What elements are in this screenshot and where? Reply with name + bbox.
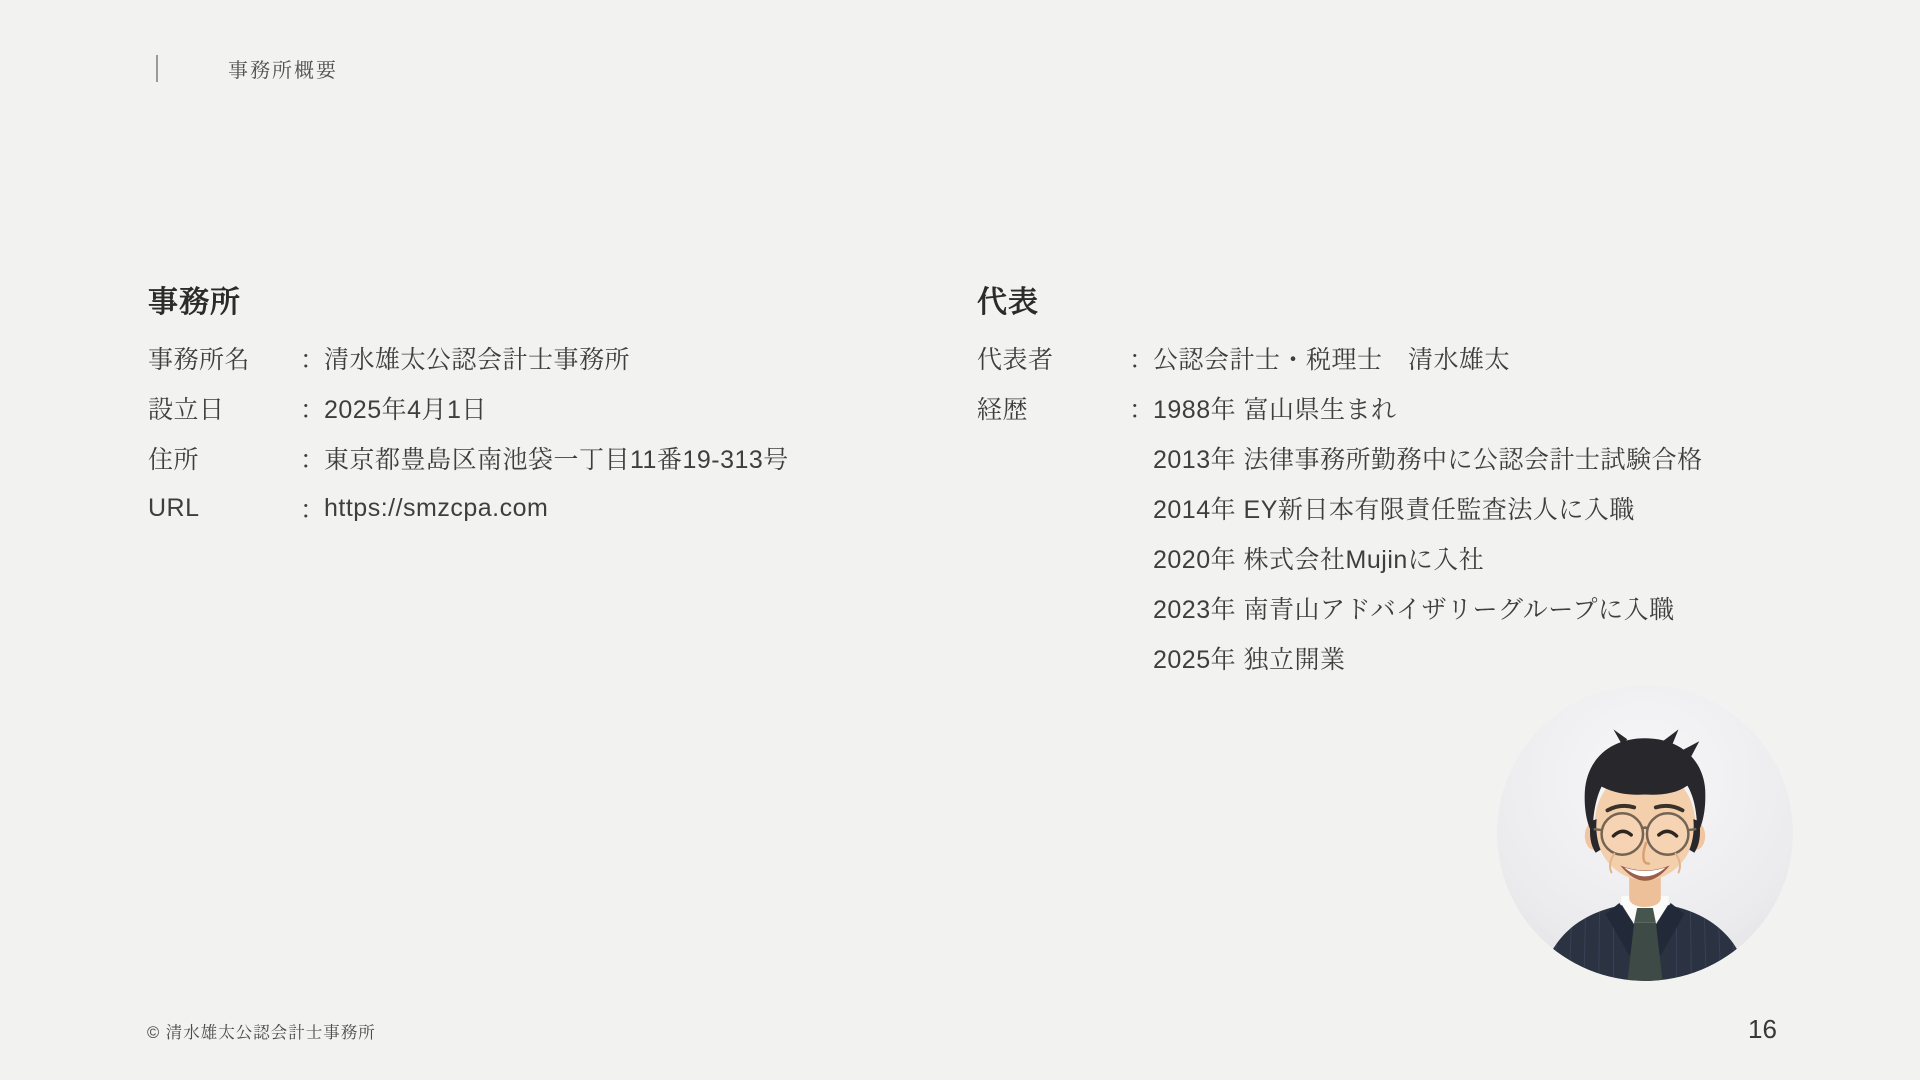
field-label: 経歴 (977, 390, 1129, 426)
page-header-title: 事務所概要 (228, 54, 338, 83)
portrait-illustration (1497, 685, 1793, 981)
career-row-1988: 経歴 ： 1988年 富山県生まれ (977, 383, 1817, 433)
field-separator: ： (1129, 340, 1153, 376)
career-row-2025: 2025年 独立開業 (977, 633, 1817, 683)
page-number: 16 (1748, 1014, 1777, 1045)
career-row-2014: 2014年 EY新日本有限責任監査法人に入職 (977, 483, 1817, 533)
field-separator: ： (1129, 390, 1153, 426)
office-row-founded: 設立日 ： 2025年4月1日 (148, 383, 908, 433)
field-separator: ： (300, 490, 324, 526)
representative-photo (1497, 685, 1793, 981)
field-label: 設立日 (148, 390, 300, 426)
office-heading: 事務所 (148, 286, 908, 320)
field-value: 2014年 EY新日本有限責任監査法人に入職 (1153, 490, 1817, 526)
field-label: URL (148, 494, 300, 523)
field-label: 事務所名 (148, 340, 300, 376)
representative-section: 代表 代表者 ： 公認会計士・税理士 清水雄太 経歴 ： 1988年 富山県生ま… (977, 286, 1817, 683)
representative-row-name: 代表者 ： 公認会計士・税理士 清水雄太 (977, 333, 1817, 383)
slide-office-overview: 事務所概要 事務所 事務所名 ： 清水雄太公認会計士事務所 設立日 ： 2025… (0, 0, 1920, 1080)
office-section: 事務所 事務所名 ： 清水雄太公認会計士事務所 設立日 ： 2025年4月1日 … (148, 286, 908, 533)
page-header: 事務所概要 (156, 54, 338, 83)
career-row-2013: 2013年 法律事務所勤務中に公認会計士試験合格 (977, 433, 1817, 483)
office-row-url: URL ： https://smzcpa.com (148, 483, 908, 533)
office-row-address: 住所 ： 東京都豊島区南池袋一丁目11番19-313号 (148, 433, 908, 483)
field-label: 住所 (148, 440, 300, 476)
representative-heading: 代表 (977, 286, 1817, 320)
office-url-text: https://smzcpa.com (324, 494, 908, 523)
field-value: 清水雄太公認会計士事務所 (324, 340, 908, 376)
career-row-2023: 2023年 南青山アドバイザリーグループに入職 (977, 583, 1817, 633)
field-separator: ： (300, 390, 324, 426)
field-value: 2013年 法律事務所勤務中に公認会計士試験合格 (1153, 440, 1817, 476)
field-separator: ： (300, 340, 324, 376)
field-value: 東京都豊島区南池袋一丁目11番19-313号 (324, 440, 908, 476)
office-row-name: 事務所名 ： 清水雄太公認会計士事務所 (148, 333, 908, 383)
field-value: 公認会計士・税理士 清水雄太 (1153, 340, 1817, 376)
field-value: 2025年4月1日 (324, 390, 908, 426)
field-value: 2023年 南青山アドバイザリーグループに入職 (1153, 590, 1817, 626)
field-label: 代表者 (977, 340, 1129, 376)
field-value: 1988年 富山県生まれ (1153, 390, 1817, 426)
footer-copyright: © 清水雄太公認会計士事務所 (147, 1019, 376, 1043)
field-value: 2020年 株式会社Mujinに入社 (1153, 540, 1817, 576)
field-value: 2025年 独立開業 (1153, 640, 1817, 676)
career-row-2020: 2020年 株式会社Mujinに入社 (977, 533, 1817, 583)
header-accent-bar-icon (156, 55, 158, 82)
field-separator: ： (300, 440, 324, 476)
